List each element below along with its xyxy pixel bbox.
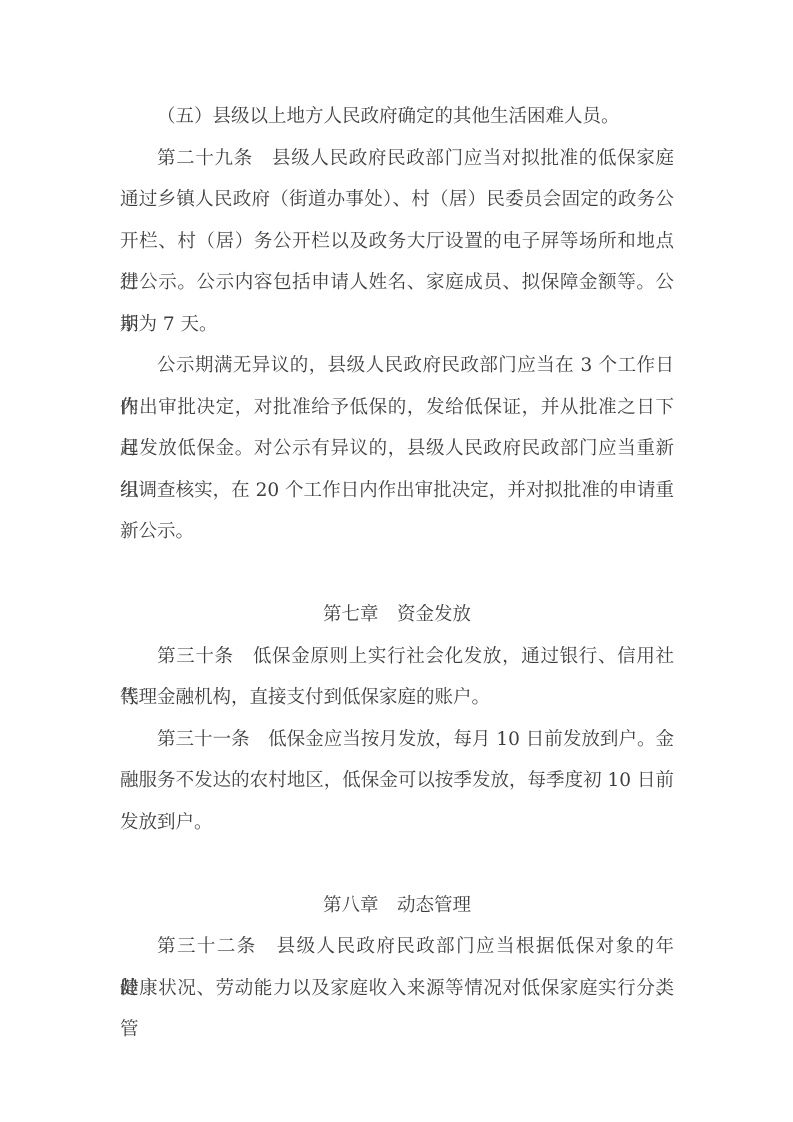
text-line: 第三十条 低保金原则上实行社会化发放，通过银行、信用社等 — [120, 636, 674, 678]
text-line: 公示期满无异议的，县级人民政府民政部门应当在 3 个工作日内 — [120, 345, 674, 387]
text-line: 第二十九条 县级人民政府民政部门应当对拟批准的低保家庭 — [120, 138, 674, 180]
chapter-heading-line: 第七章 资金发放 — [120, 594, 674, 636]
paragraph: 第三十一条 低保金应当按月发放，每月 10 日前发放到户。金融服务不发达的农村地… — [120, 719, 674, 844]
text-line: 融服务不发达的农村地区，低保金可以按季发放，每季度初 10 日前 — [120, 760, 674, 802]
text-line: （五）县级以上地方人民政府确定的其他生活困难人员。 — [120, 96, 674, 138]
chapter-heading-line: 第八章 动态管理 — [120, 885, 674, 927]
chapter-heading: 第七章 资金发放 — [120, 594, 674, 636]
text-line: 期为 7 天。 — [120, 304, 674, 346]
text-line: 新公示。 — [120, 511, 674, 553]
text-line: 第三十二条 县级人民政府民政部门应当根据低保对象的年龄、 — [120, 926, 674, 968]
text-line: 行公示。公示内容包括申请人姓名、家庭成员、拟保障金额等。公示 — [120, 262, 674, 304]
text-line: 代理金融机构，直接支付到低保家庭的账户。 — [120, 677, 674, 719]
text-line: 第三十一条 低保金应当按月发放，每月 10 日前发放到户。金 — [120, 719, 674, 761]
text-line: 健康状况、劳动能力以及家庭收入来源等情况对低保家庭实行分类管 — [120, 968, 674, 1010]
paragraph: 第三十条 低保金原则上实行社会化发放，通过银行、信用社等代理金融机构，直接支付到… — [120, 636, 674, 719]
document-body: （五）县级以上地方人民政府确定的其他生活困难人员。第二十九条 县级人民政府民政部… — [120, 96, 674, 1009]
text-line: 通过乡镇人民政府（街道办事处）、村（居）民委员会固定的政务公 — [120, 179, 674, 221]
text-line: 作出审批决定，对批准给予低保的，发给低保证，并从批准之日下月 — [120, 387, 674, 429]
paragraph: 公示期满无异议的，县级人民政府民政部门应当在 3 个工作日内作出审批决定，对批准… — [120, 345, 674, 553]
paragraph: 第三十二条 县级人民政府民政部门应当根据低保对象的年龄、健康状况、劳动能力以及家… — [120, 926, 674, 1009]
paragraph: 第二十九条 县级人民政府民政部门应当对拟批准的低保家庭通过乡镇人民政府（街道办事… — [120, 138, 674, 346]
text-line: 开栏、村（居）务公开栏以及政务大厅设置的电子屏等场所和地点进 — [120, 221, 674, 263]
text-line: 织调查核实，在 20 个工作日内作出审批决定，并对拟批准的申请重 — [120, 470, 674, 512]
text-line: 起发放低保金。对公示有异议的，县级人民政府民政部门应当重新组 — [120, 428, 674, 470]
paragraph: （五）县级以上地方人民政府确定的其他生活困难人员。 — [120, 96, 674, 138]
chapter-heading: 第八章 动态管理 — [120, 885, 674, 927]
document-page: （五）县级以上地方人民政府确定的其他生活困难人员。第二十九条 县级人民政府民政部… — [0, 0, 793, 1122]
text-line: 发放到户。 — [120, 802, 674, 844]
